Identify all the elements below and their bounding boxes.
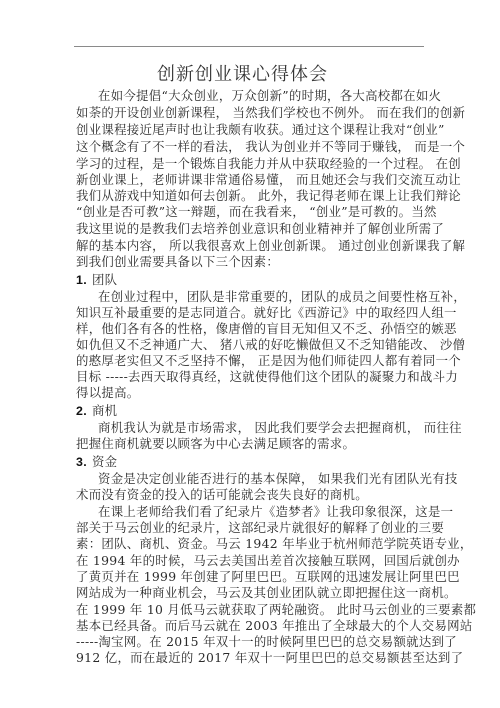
section-paragraph-line: 术而没有资金的投入的话可能就会丧失良好的商机。 bbox=[76, 487, 421, 503]
section-number: 1. bbox=[76, 273, 87, 287]
document-page: 创新创业课心得体会 在如今提倡“大众创业，万众创新”的时期，各大高校都在如火如荼… bbox=[0, 0, 500, 708]
section-paragraph-line: 基本已经具备。而后马云就在 2003 年推出了全球最大的个人交易网站 bbox=[76, 618, 421, 634]
section-paragraph-line: 在创业过程中，团队是非常重要的，团队的成员之间要性格互补， bbox=[98, 289, 421, 305]
section-heading-text: 团队 bbox=[92, 272, 117, 287]
section-paragraph-line: 912 亿，而在最近的 2017 年双十一阿里巴巴的总交易额甚至达到了 bbox=[76, 650, 421, 666]
intro-paragraph-line: 我们从游戏中知道如何去创新。 此外，我记得老师在课上让我们辩论 bbox=[76, 188, 421, 204]
section-number: 3. bbox=[76, 455, 87, 469]
section-number: 2. bbox=[76, 404, 87, 418]
section-heading: 3.资金 bbox=[76, 454, 421, 470]
section-heading-text: 商机 bbox=[92, 403, 117, 418]
intro-paragraph-line: 创业课程接近尾声时也让我颇有收获。通过这个课程让我对“创业” bbox=[76, 122, 421, 138]
section-paragraph-line: 资金是决定创业能否进行的基本保障， 如果我们光有团队光有技 bbox=[98, 471, 421, 487]
section-paragraph-line: 目标 -----去西天取得真经，这就使得他们这个团队的凝聚力和战斗力 bbox=[76, 369, 421, 385]
section-paragraph-line: 在 1999 年 10 月低马云就获取了两轮融资。 此时马云创业的三要素都 bbox=[76, 602, 421, 618]
section-paragraph-line: 如仇但又不乏神通广大、 猪八戒的好吃懒做但又不乏知错能改、 沙僧 bbox=[76, 337, 421, 353]
section-paragraph-line: 的憨厚老实但又不乏坚持不懈， 正是因为他们师徒四人都有着同一个 bbox=[76, 353, 421, 369]
section-heading: 1.团队 bbox=[76, 272, 421, 288]
intro-paragraph-line: “创业是否可教”这一辩题，而在我看来， “创业”是可教的。当然 bbox=[76, 204, 421, 220]
intro-paragraph-line: 新创业课上，老师讲课非常通俗易懂， 而且她还会与我们交流互动让 bbox=[76, 172, 421, 188]
intro-paragraph-line: 在如今提倡“大众创业，万众创新”的时期，各大高校都在如火 bbox=[98, 88, 421, 104]
section-paragraph-line: -----淘宝网。在 2015 年双十一的时候阿里巴巴的总交易额就达到了 bbox=[76, 634, 421, 650]
section-paragraph-line: 在课上老师给我们看了纪录片《造梦者》让我印象很深，这是一 bbox=[98, 504, 421, 520]
section-paragraph-line: 样，他们各有各的性格，像唐僧的盲目无知但又不乏、孙悟空的嫉恶 bbox=[76, 321, 421, 337]
intro-paragraph-line: 我这里说的是教我们去培养创业意识和创业精神并了解创业所需了 bbox=[76, 221, 421, 237]
intro-paragraph-line: 学习的过程，是一个锻炼自我能力并从中获取经验的一个过程。 在创 bbox=[76, 156, 421, 172]
intro-paragraph-line: 如荼的开设创业创新课程， 当然我们学校也不例外。 而在我们的创新 bbox=[76, 105, 421, 121]
section-paragraph-line: 网站成为一种商业机会，马云及其创业团队就立即把握住这一商机。 bbox=[76, 585, 421, 601]
section-paragraph-line: 素：团队、商机、资金。马云 1942 年毕业于杭州师范学院英语专业， bbox=[76, 536, 421, 552]
intro-paragraph-line: 到我们创业需要具备以下三个因素： bbox=[76, 254, 421, 270]
section-paragraph-line: 在 1994 年的时候，马云去美国出差首次接触互联网，回国后就创办 bbox=[76, 553, 421, 569]
section-paragraph-line: 商机我认为就是市场需求， 因此我们要学会去把握商机， 而往往 bbox=[98, 420, 421, 436]
section-paragraph-line: 知识互补最重要的是志同道合。就好比《西游记》中的取经四人组一 bbox=[76, 305, 421, 321]
document-title: 创新创业课心得体会 bbox=[0, 64, 485, 86]
header-rule bbox=[74, 46, 424, 47]
section-paragraph-line: 部关于马云创业的纪录片，这部纪录片就很好的解释了创业的三要 bbox=[76, 520, 421, 536]
section-paragraph-line: 了黄页并在 1999 年创建了阿里巴巴。互联网的迅速发展让阿里巴巴 bbox=[76, 569, 421, 585]
section-paragraph-line: 把握住商机就要以顾客为中心去满足顾客的需求。 bbox=[76, 436, 421, 452]
intro-paragraph-line: 解的基本内容， 所以我很喜欢上创业创新课。 通过创业创新课我了解 bbox=[76, 238, 421, 254]
section-heading-text: 资金 bbox=[92, 454, 117, 469]
section-heading: 2.商机 bbox=[76, 403, 421, 419]
intro-paragraph-line: 这个概念有了不一样的看法， 我认为创业并不等同于赚钱， 而是一个 bbox=[76, 139, 421, 155]
section-paragraph-line: 得以提高。 bbox=[76, 385, 421, 401]
